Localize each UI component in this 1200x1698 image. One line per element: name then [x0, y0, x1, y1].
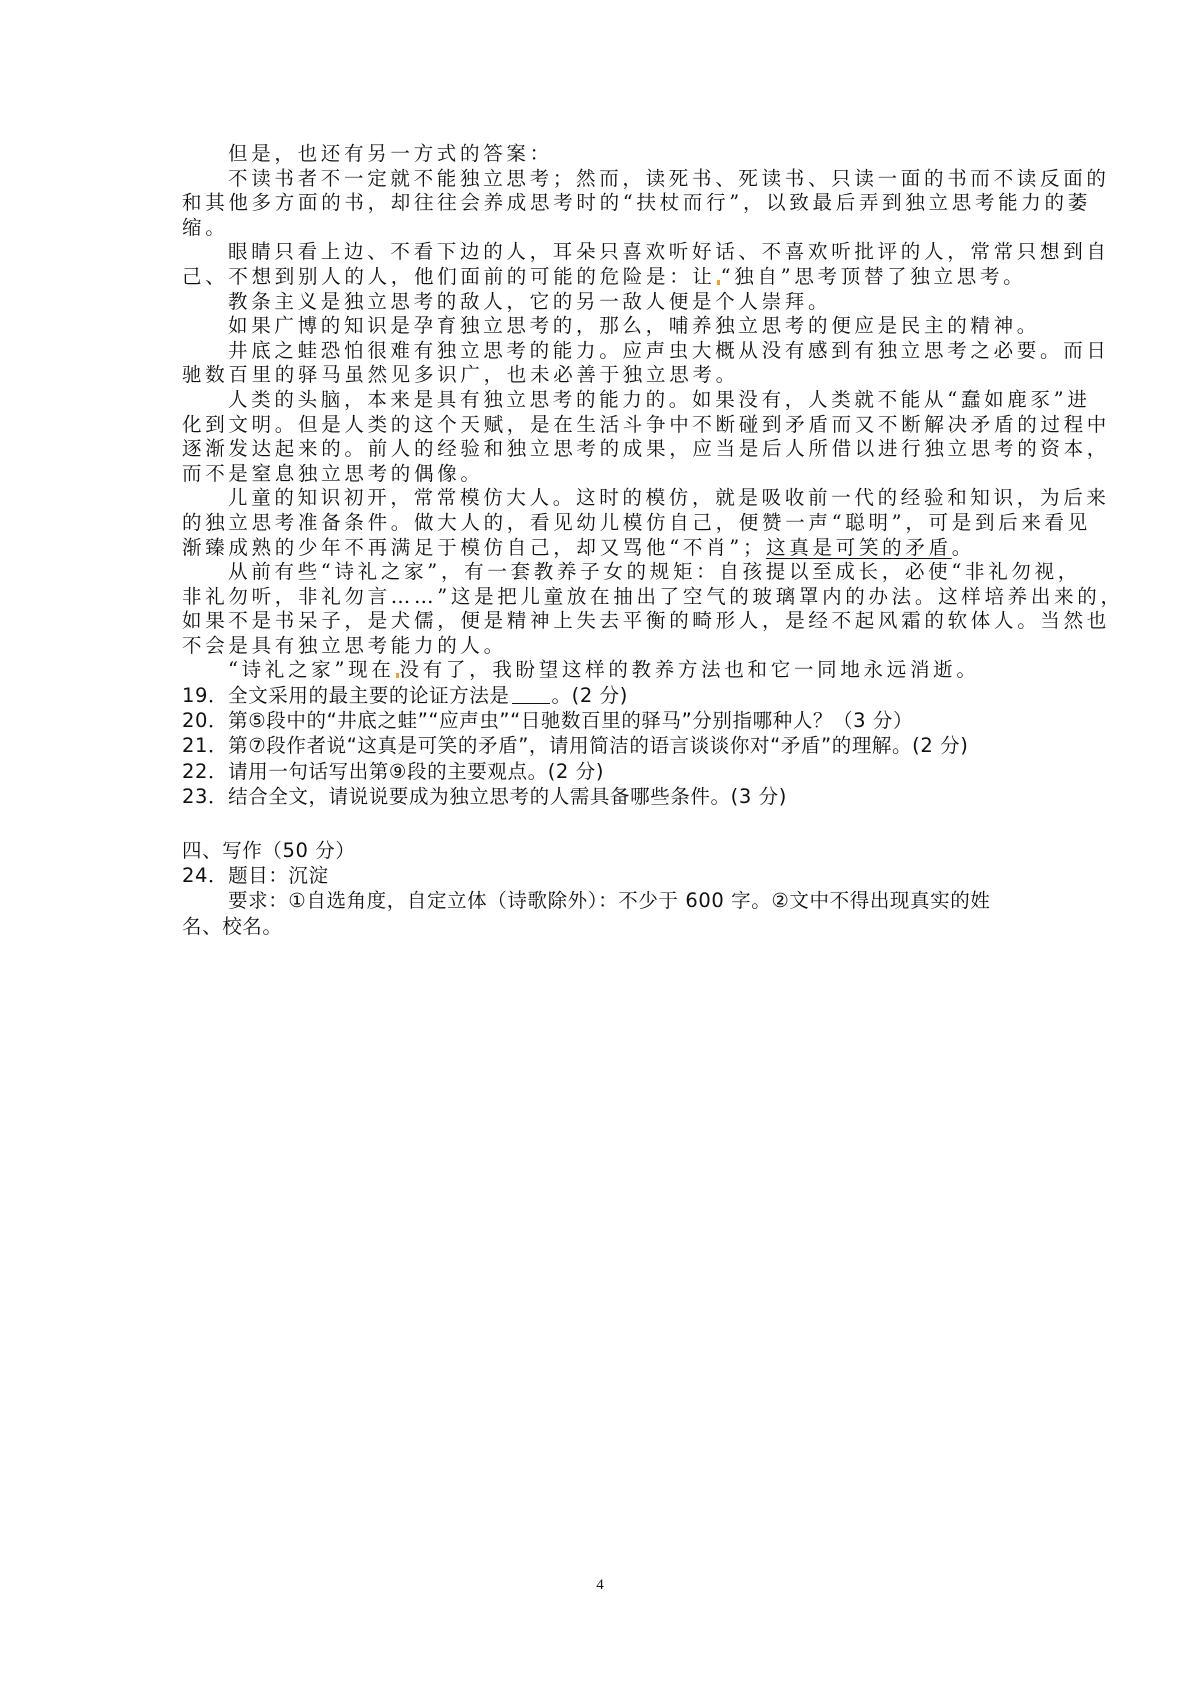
- underlined-phrase: 这真是可笑的矛盾: [766, 536, 952, 559]
- section-title: 四、写作（50 分）: [182, 838, 1020, 863]
- question-text: 全文采用的最主要的论证方法是: [228, 684, 509, 707]
- passage-line: 人类的头脑，本来是具有独立思考的能力的。如果没有，人类就不能从“蠢如鹿豕”进: [182, 388, 1020, 413]
- line-text: 如果不是书呆子，是犬儒，便是精神上失去平衡的畸形人，是经不起风霜的软体人。当然也: [182, 609, 1110, 632]
- line-text: 但是，也还有另一方式的答案：: [228, 142, 553, 165]
- line-text: 眼睛只看上边、不看下边的人，耳朵只喜欢听好话、不喜欢听批评的人，常常只想到自: [228, 240, 1110, 263]
- question-score: 。(2 分): [552, 684, 628, 707]
- line-text: 教条主义是独立思考的敌人，它的另一敌人便是个人崇拜。: [228, 290, 831, 313]
- passage-line: 不会是具有独立思考能力的人。: [182, 634, 1020, 659]
- question-text: 第⑤段中的“井底之蛙”“应声虫”“日驰数百里的驿马”分别指哪种人？（3 分）: [228, 709, 913, 732]
- passage-line: 不读书者不一定就不能独立思考；然而，读死书、死读书、只读一面的书而不读反面的: [182, 167, 1020, 192]
- passage-line: 缩。: [182, 216, 1020, 241]
- passage-line: 儿童的知识初开，常常模仿大人。这时的模仿，就是吸收前一代的经验和知识，为后来: [182, 486, 1020, 511]
- passage-line: 驰数百里的驿马虽然见多识广，也未必善于独立思考。: [182, 363, 1020, 388]
- line-text: 非礼勿听，非礼勿言……”这是把儿童放在抽出了空气的玻璃罩内的办法。这样培养出来的…: [182, 585, 1124, 608]
- line-text: “诗礼之家”现在: [228, 658, 395, 681]
- line-text: “独自”思考顶替了独立思考。: [721, 265, 1027, 288]
- writing-section: 四、写作（50 分） 24．题目：沉淀 要求：①自选角度，自定立体（诗歌除外）：…: [182, 838, 1020, 939]
- question-22: 22．请用一句话写出第⑨段的主要观点。(2 分): [182, 759, 1020, 784]
- edit-cursor-mark-icon: [717, 280, 720, 285]
- line-text: 井底之蛙恐怕很难有独立思考的能力。应声虫大概从没有感到有独立思考之必要。而日: [228, 339, 1110, 362]
- passage-line: 和其他多方面的书，却往往会养成思考时的“扶杖而行”，以致最后弄到独立思考能力的萎: [182, 191, 1020, 216]
- question-number: 19．: [182, 684, 228, 707]
- question-number: 23．: [182, 785, 228, 808]
- passage-line: 如果不是书呆子，是犬儒，便是精神上失去平衡的畸形人，是经不起风霜的软体人。当然也: [182, 609, 1020, 634]
- question-23: 23．结合全文，请说说要成为独立思考的人需具备哪些条件。(3 分): [182, 784, 1020, 809]
- question-text: 请用一句话写出第⑨段的主要观点。(2 分): [228, 760, 604, 783]
- question-19: 19．全文采用的最主要的论证方法是。(2 分): [182, 683, 1020, 708]
- passage-line: 化到文明。但是人类的这个天赋，是在生活斗争中不断碰到矛盾而又不断解决矛盾的过程中: [182, 413, 1020, 438]
- answer-blank[interactable]: [512, 685, 550, 704]
- question-21: 21．第⑦段作者说“这真是可笑的矛盾”，请用简洁的语言谈谈你对“矛盾”的理解。(…: [182, 733, 1020, 758]
- question-text: 第⑦段作者说“这真是可笑的矛盾”，请用简洁的语言谈谈你对“矛盾”的理解。(2 分…: [228, 734, 968, 757]
- passage-line: 教条主义是独立思考的敌人，它的另一敌人便是个人崇拜。: [182, 290, 1020, 315]
- passage-line: 井底之蛙恐怕很难有独立思考的能力。应声虫大概从没有感到有独立思考之必要。而日: [182, 339, 1020, 364]
- line-text: 驰数百里的驿马虽然见多识广，也未必善于独立思考。: [182, 363, 739, 386]
- question-text: 结合全文，请说说要成为独立思考的人需具备哪些条件。(3 分): [228, 785, 787, 808]
- line-text: 逐渐发达起来的。前人的经验和独立思考的成果，应当是后人所借以进行独立思考的资本，: [182, 437, 1110, 460]
- passage-line: 的独立思考准备条件。做大人的，看见幼儿模仿自己，便赞一声“聪明”，可是到后来看见: [182, 511, 1020, 536]
- line-text: 如果广博的知识是孕育独立思考的，那么，哺养独立思考的便应是民主的精神。: [228, 314, 1040, 337]
- question-24: 24．题目：沉淀: [182, 863, 1020, 888]
- passage-line: 如果广博的知识是孕育独立思考的，那么，哺养独立思考的便应是民主的精神。: [182, 314, 1020, 339]
- line-text: 己、不想到别人的人，他们面前的可能的危险是：让: [182, 265, 716, 288]
- line-text: 和其他多方面的书，却往往会养成思考时的“扶杖而行”，以致最后弄到独立思考能力的萎: [182, 191, 1091, 214]
- edit-cursor-mark-icon: [396, 673, 399, 678]
- page-number: 4: [0, 1577, 1200, 1594]
- line-text: 从前有些“诗礼之家”，有一套教养子女的规矩：自孩提以至成长，必使“非礼勿视，: [228, 560, 1081, 583]
- question-20: 20．第⑤段中的“井底之蛙”“应声虫”“日驰数百里的驿马”分别指哪种人？（3 分…: [182, 708, 1020, 733]
- question-list: 19．全文采用的最主要的论证方法是。(2 分) 20．第⑤段中的“井底之蛙”“应…: [182, 683, 1020, 809]
- question-number: 21．: [182, 734, 228, 757]
- essay-prompt: 题目：沉淀: [228, 864, 329, 887]
- question-number: 20．: [182, 709, 228, 732]
- passage-line: 非礼勿听，非礼勿言……”这是把儿童放在抽出了空气的玻璃罩内的办法。这样培养出来的…: [182, 585, 1020, 610]
- line-text: 没有了，我盼望这样的教养方法也和它一同地永远消逝。: [400, 658, 980, 681]
- passage-line: 己、不想到别人的人，他们面前的可能的危险是：让“独自”思考顶替了独立思考。: [182, 265, 1020, 290]
- line-text: 。: [952, 536, 975, 559]
- line-text: 的独立思考准备条件。做大人的，看见幼儿模仿自己，便赞一声“聪明”，可是到后来看见: [182, 511, 1091, 534]
- question-number: 22．: [182, 760, 228, 783]
- passage-line: 眼睛只看上边、不看下边的人，耳朵只喜欢听好话、不喜欢听批评的人，常常只想到自: [182, 240, 1020, 265]
- passage-line: 从前有些“诗礼之家”，有一套教养子女的规矩：自孩提以至成长，必使“非礼勿视，: [182, 560, 1020, 585]
- line-text: 缩。: [182, 216, 228, 239]
- line-text: 化到文明。但是人类的这个天赋，是在生活斗争中不断碰到矛盾而又不断解决矛盾的过程中: [182, 413, 1110, 436]
- passage-line: 逐渐发达起来的。前人的经验和独立思考的成果，应当是后人所借以进行独立思考的资本，: [182, 437, 1020, 462]
- passage-line: 但是，也还有另一方式的答案：: [182, 142, 1020, 167]
- line-text: 不会是具有独立思考能力的人。: [182, 634, 507, 657]
- passage-line: 而不是窒息独立思考的偶像。: [182, 462, 1020, 487]
- exam-page-body: 但是，也还有另一方式的答案： 不读书者不一定就不能独立思考；然而，读死书、死读书…: [182, 142, 1020, 939]
- section-spacer: [182, 809, 1020, 838]
- passage-line: 渐臻成熟的少年不再满足于模仿自己，却又骂他“不肖”；这真是可笑的矛盾。: [182, 536, 1020, 561]
- question-number: 24．: [182, 864, 228, 887]
- essay-requirements-continued: 名、校名。: [182, 914, 1020, 939]
- essay-requirements: 要求：①自选角度，自定立体（诗歌除外）：不少于 600 字。②文中不得出现真实的…: [182, 888, 1020, 913]
- line-text: 渐臻成熟的少年不再满足于模仿自己，却又骂他“不肖”；: [182, 536, 766, 559]
- passage-line: “诗礼之家”现在没有了，我盼望这样的教养方法也和它一同地永远消逝。: [182, 658, 1020, 683]
- line-text: 儿童的知识初开，常常模仿大人。这时的模仿，就是吸收前一代的经验和知识，为后来: [228, 486, 1110, 509]
- line-text: 而不是窒息独立思考的偶像。: [182, 462, 484, 485]
- line-text: 人类的头脑，本来是具有独立思考的能力的。如果没有，人类就不能从“蠢如鹿豕”进: [228, 388, 1091, 411]
- line-text: 不读书者不一定就不能独立思考；然而，读死书、死读书、只读一面的书而不读反面的: [228, 167, 1110, 190]
- reading-passage: 但是，也还有另一方式的答案： 不读书者不一定就不能独立思考；然而，读死书、死读书…: [182, 142, 1020, 683]
